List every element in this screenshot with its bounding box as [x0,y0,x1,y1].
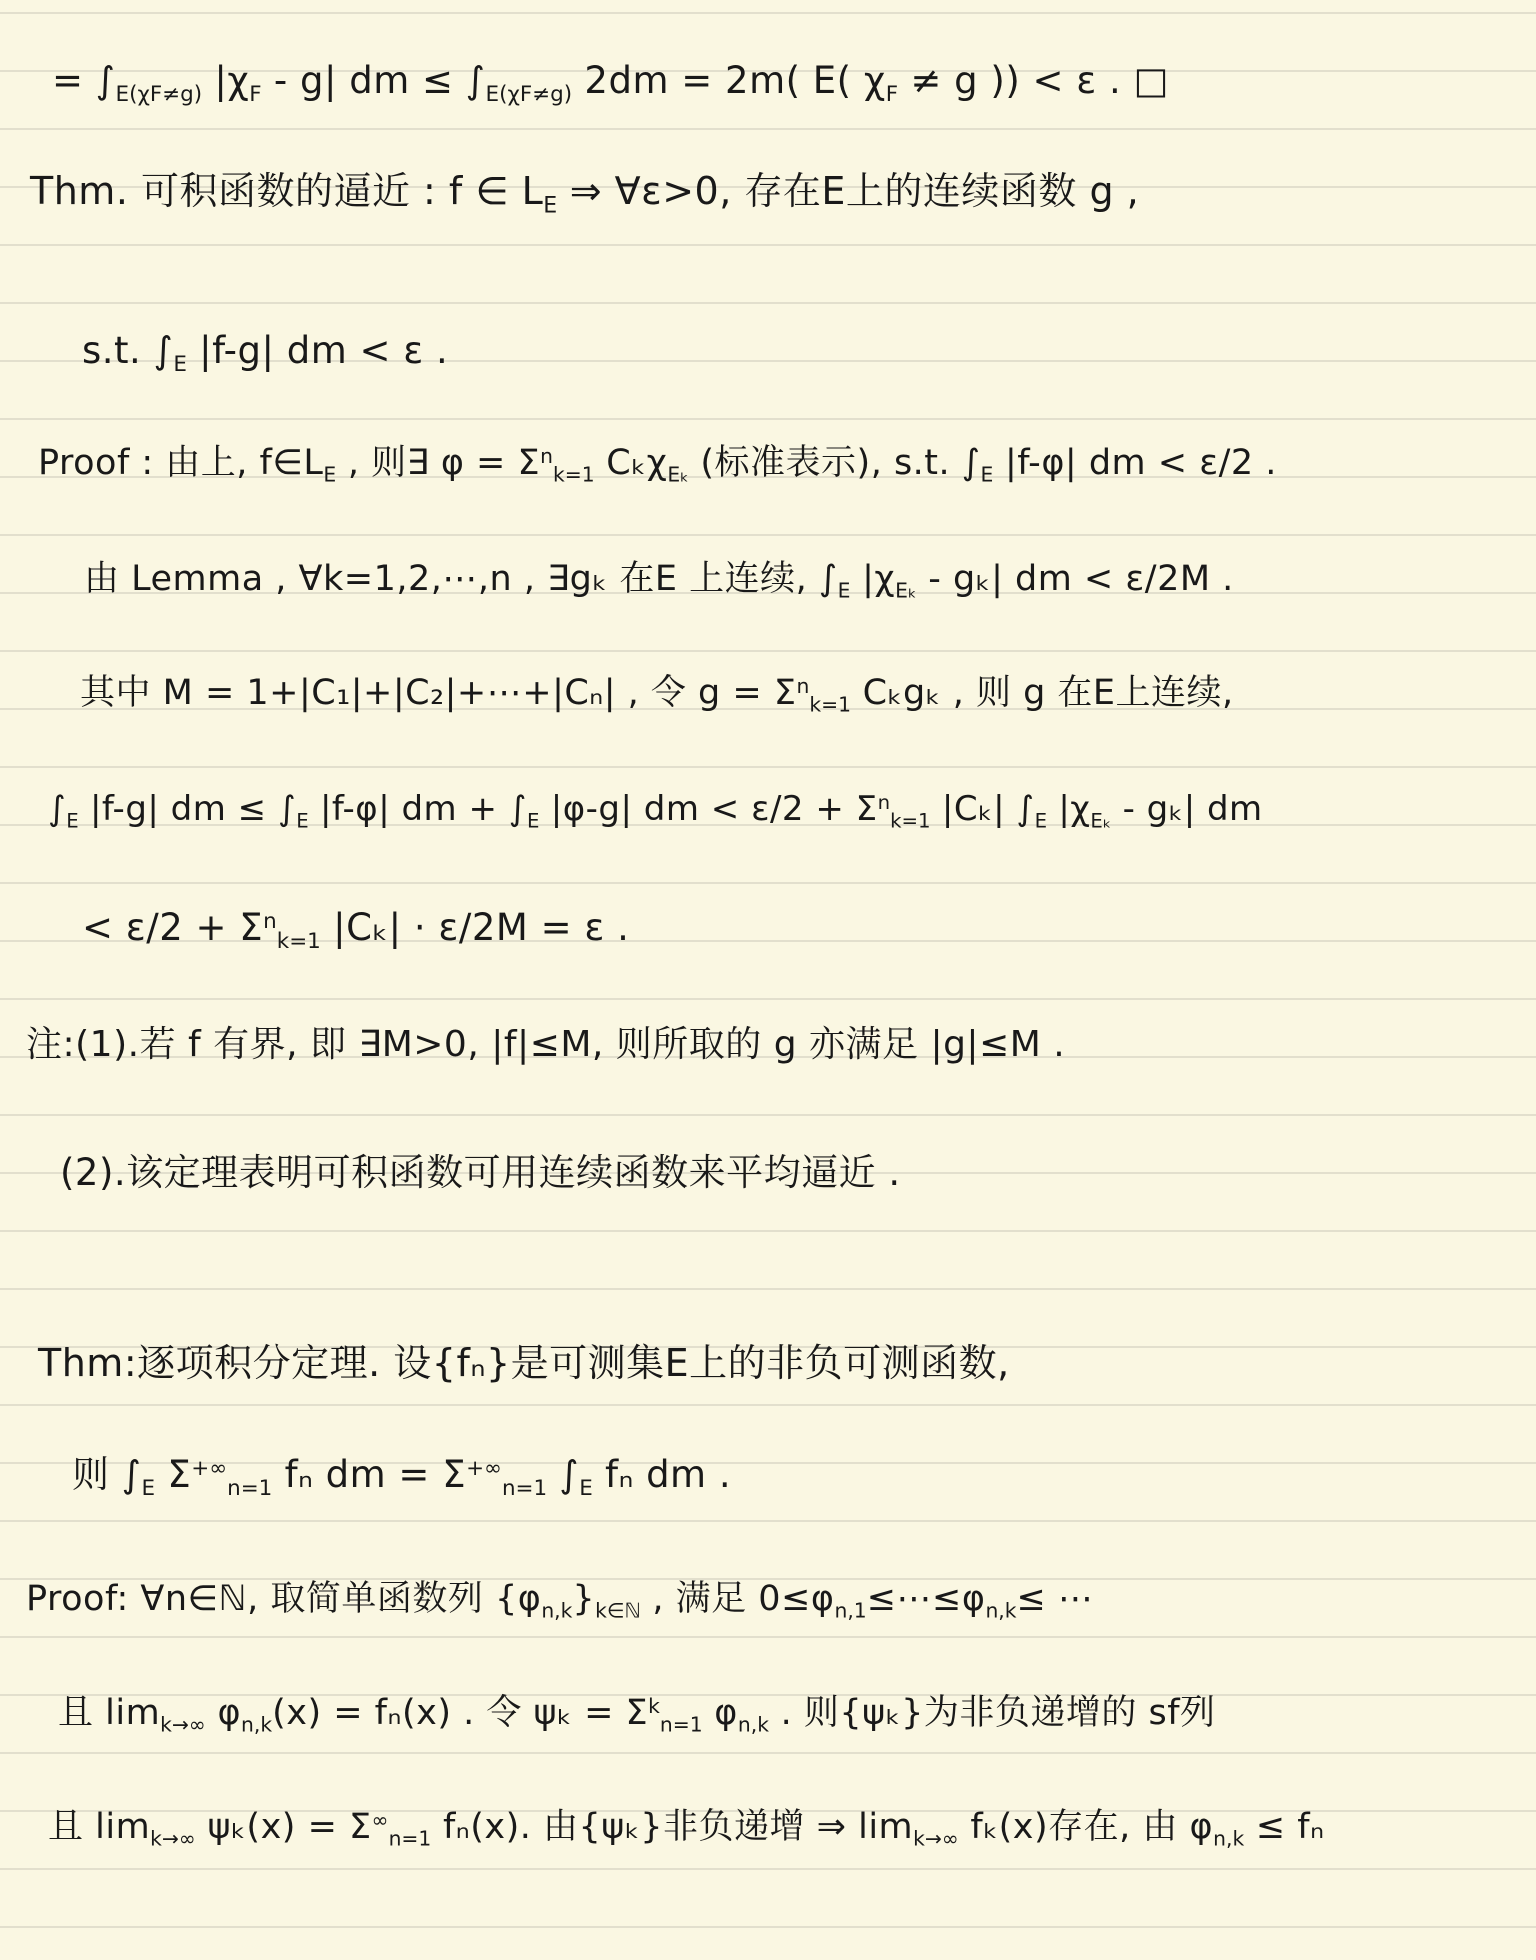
note-line: 由 Lemma , ∀k=1,2,⋯,n , ∃gₖ 在E 上连续, ∫E |χ… [84,558,1234,604]
note-line: 则 ∫E Σ+∞n=1 fₙ dm = Σ+∞n=1 ∫E fₙ dm . [72,1452,731,1503]
note-line: (2).该定理表明可积函数可用连续函数来平均逼近 . [60,1150,901,1196]
note-line: 注:(1).若 f 有界, 即 ∃M>0, |f|≤M, 则所取的 g 亦满足 … [26,1022,1065,1067]
note-line: ∫E |f-g| dm ≤ ∫E |f-φ| dm + ∫E |φ-g| dm … [48,788,1263,834]
note-line: Thm. 可积函数的逼近 : f ∈ LE ⇒ ∀ε>0, 存在E上的连续函数 … [30,168,1139,220]
notebook-page: { "page": { "type": "handwritten-math-no… [0,0,1536,1960]
note-line: 其中 M = 1+|C₁|+|C₂|+⋯+|Cₙ| , 令 g = Σnk=1 … [80,672,1234,718]
note-line: 且 limk→∞ ψₖ(x) = Σ∞n=1 fₙ(x). 由{ψₖ}非负递增 … [48,1806,1325,1852]
note-line: s.t. ∫E |f-g| dm < ε . [82,328,448,379]
note-line: = ∫E(χF≠g) |χF - g| dm ≤ ∫E(χF≠g) 2dm = … [52,58,1169,109]
note-line: Thm:逐项积分定理. 设{fₙ}是可测集E上的非负可测函数, [38,1340,1010,1388]
note-line: Proof: ∀n∈ℕ, 取简单函数列 {φn,k}k∈ℕ , 满足 0≤φn,… [26,1578,1093,1624]
note-line: Proof : 由上, f∈LE , 则∃ φ = Σnk=1 CₖχEₖ (标… [38,442,1277,488]
handwritten-notes: = ∫E(χF≠g) |χF - g| dm ≤ ∫E(χF≠g) 2dm = … [0,0,1536,1960]
note-line: 且 limk→∞ φn,k(x) = fₙ(x) . 令 ψₖ = Σkn=1 … [58,1692,1216,1738]
note-line: < ε/2 + Σnk=1 |Cₖ| · ε/2M = ε . [82,905,629,956]
